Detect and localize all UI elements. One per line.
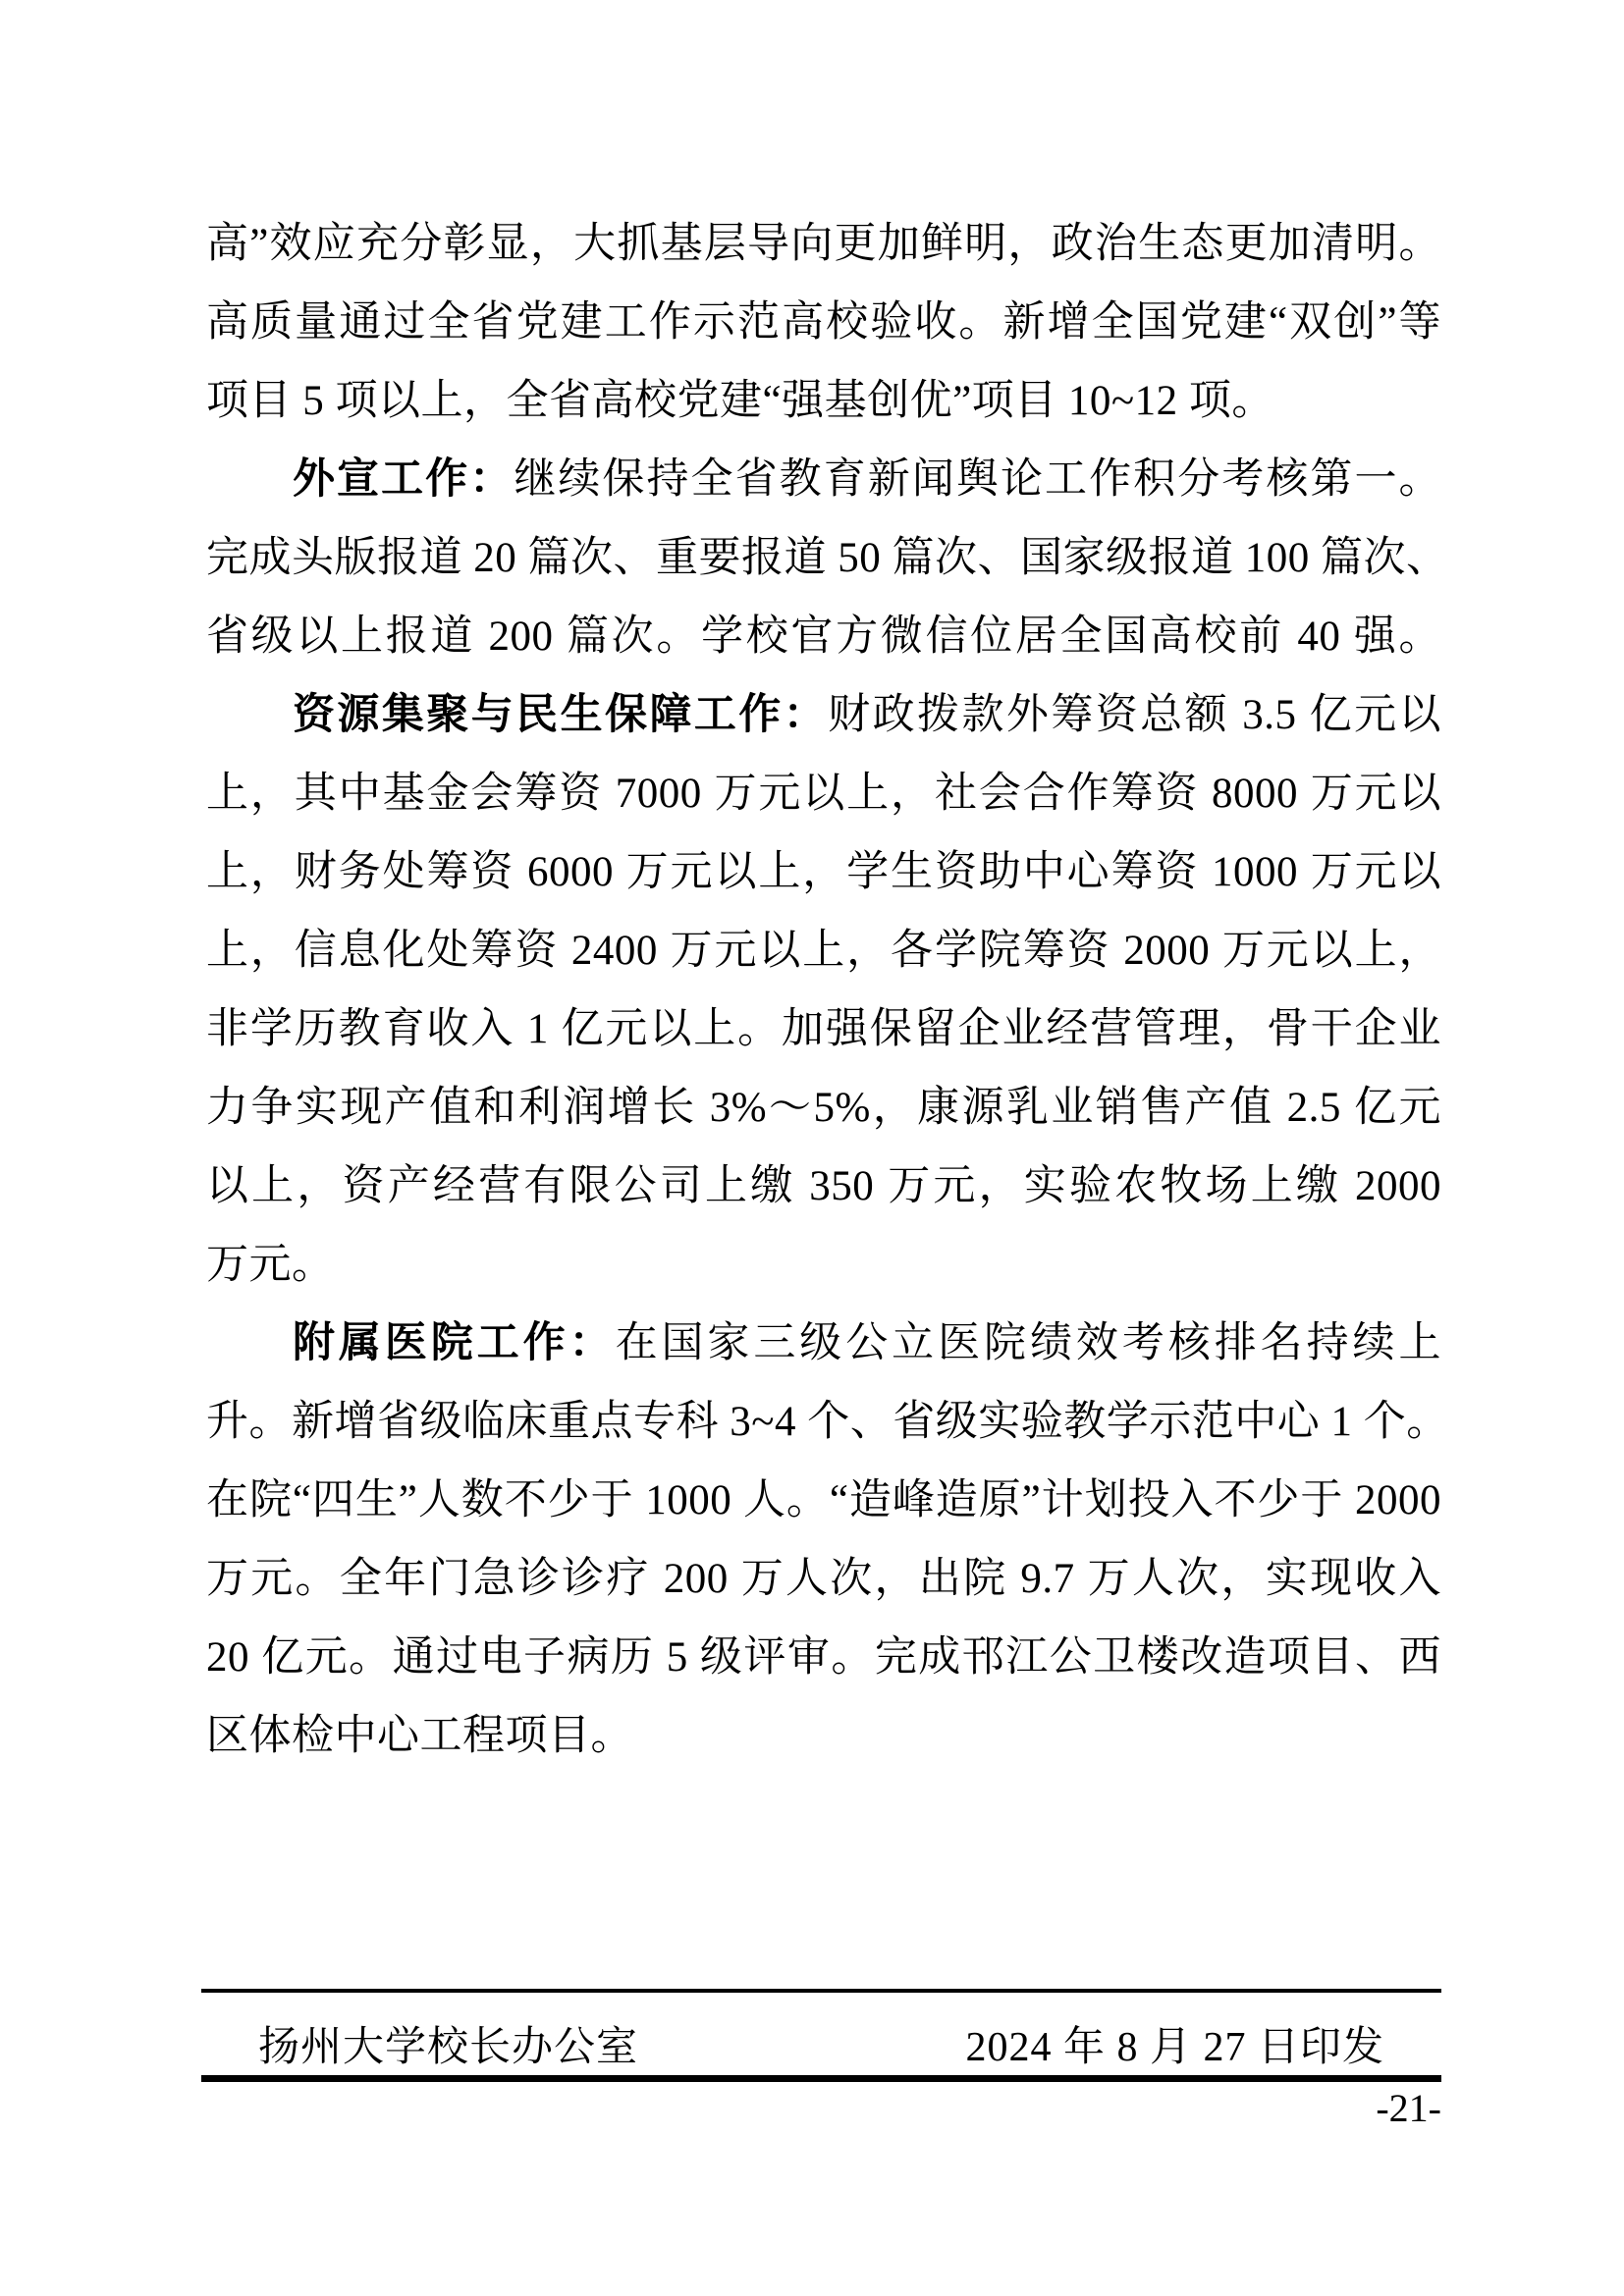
body-line: 非学历教育收入 1 亿元以上。加强保留企业经营管理，骨干企业 <box>206 990 1441 1069</box>
footer-issuer: 扬州大学校长办公室 <box>258 2014 638 2073</box>
body-line: 上，信息化处筹资 2400 万元以上，各学院筹资 2000 万元以上， <box>206 912 1441 990</box>
footer-rule-top <box>201 1989 1441 1993</box>
document-page: 高”效应充分彰显，大抓基层导向更加鲜明，政治生态更加清明。高质量通过全省党建工作… <box>0 0 1624 2296</box>
body-line: 力争实现产值和利润增长 3%～5%，康源乳业销售产值 2.5 亿元 <box>206 1069 1441 1148</box>
body-line: 附属医院工作：在国家三级公立医院绩效考核排名持续上 <box>206 1305 1441 1383</box>
body-line: 资源集聚与民生保障工作：财政拨款外筹资总额 3.5 亿元以 <box>206 676 1441 755</box>
body-line: 以上，资产经营有限公司上缴 350 万元，实验农牧场上缴 2000 <box>206 1148 1441 1226</box>
document-body: 高”效应充分彰显，大抓基层导向更加鲜明，政治生态更加清明。高质量通过全省党建工作… <box>206 205 1441 1776</box>
body-line: 完成头版报道 20 篇次、重要报道 50 篇次、国家级报道 100 篇次、 <box>206 519 1441 598</box>
body-line: 20 亿元。通过电子病历 5 级评审。完成邗江公卫楼改造项目、西 <box>206 1619 1441 1697</box>
body-line: 上，财务处筹资 6000 万元以上，学生资助中心筹资 1000 万元以 <box>206 833 1441 912</box>
body-line: 升。新增省级临床重点专科 3~4 个、省级实验教学示范中心 1 个。 <box>206 1383 1441 1462</box>
footer-row: 扬州大学校长办公室 2024 年 8 月 27 日印发 <box>201 2012 1441 2075</box>
footer-print-date: 2024 年 8 月 27 日印发 <box>965 2014 1384 2073</box>
body-line: 区体检中心工程项目。 <box>206 1697 1441 1776</box>
section-heading: 外宣工作： <box>293 456 514 503</box>
body-line: 高质量通过全省党建工作示范高校验收。新增全国党建“双创”等 <box>206 284 1441 362</box>
body-line: 万元。 <box>206 1226 1441 1305</box>
body-line: 高”效应充分彰显，大抓基层导向更加鲜明，政治生态更加清明。 <box>206 205 1441 284</box>
body-line: 万元。全年门急诊诊疗 200 万人次，出院 9.7 万人次，实现收入 <box>206 1540 1441 1619</box>
footer-rule-bottom <box>201 2075 1441 2082</box>
body-line: 省级以上报道 200 篇次。学校官方微信位居全国高校前 40 强。 <box>206 598 1441 676</box>
section-heading: 附属医院工作： <box>293 1320 616 1366</box>
page-number: -21- <box>1376 2087 1441 2130</box>
body-line: 项目 5 项以上，全省高校党建“强基创优”项目 10~12 项。 <box>206 362 1441 441</box>
section-heading: 资源集聚与民生保障工作： <box>293 692 828 738</box>
body-line: 外宣工作：继续保持全省教育新闻舆论工作积分考核第一。 <box>206 441 1441 519</box>
body-line: 在院“四生”人数不少于 1000 人。“造峰造原”计划投入不少于 2000 <box>206 1462 1441 1540</box>
body-line: 上，其中基金会筹资 7000 万元以上，社会合作筹资 8000 万元以 <box>206 755 1441 833</box>
